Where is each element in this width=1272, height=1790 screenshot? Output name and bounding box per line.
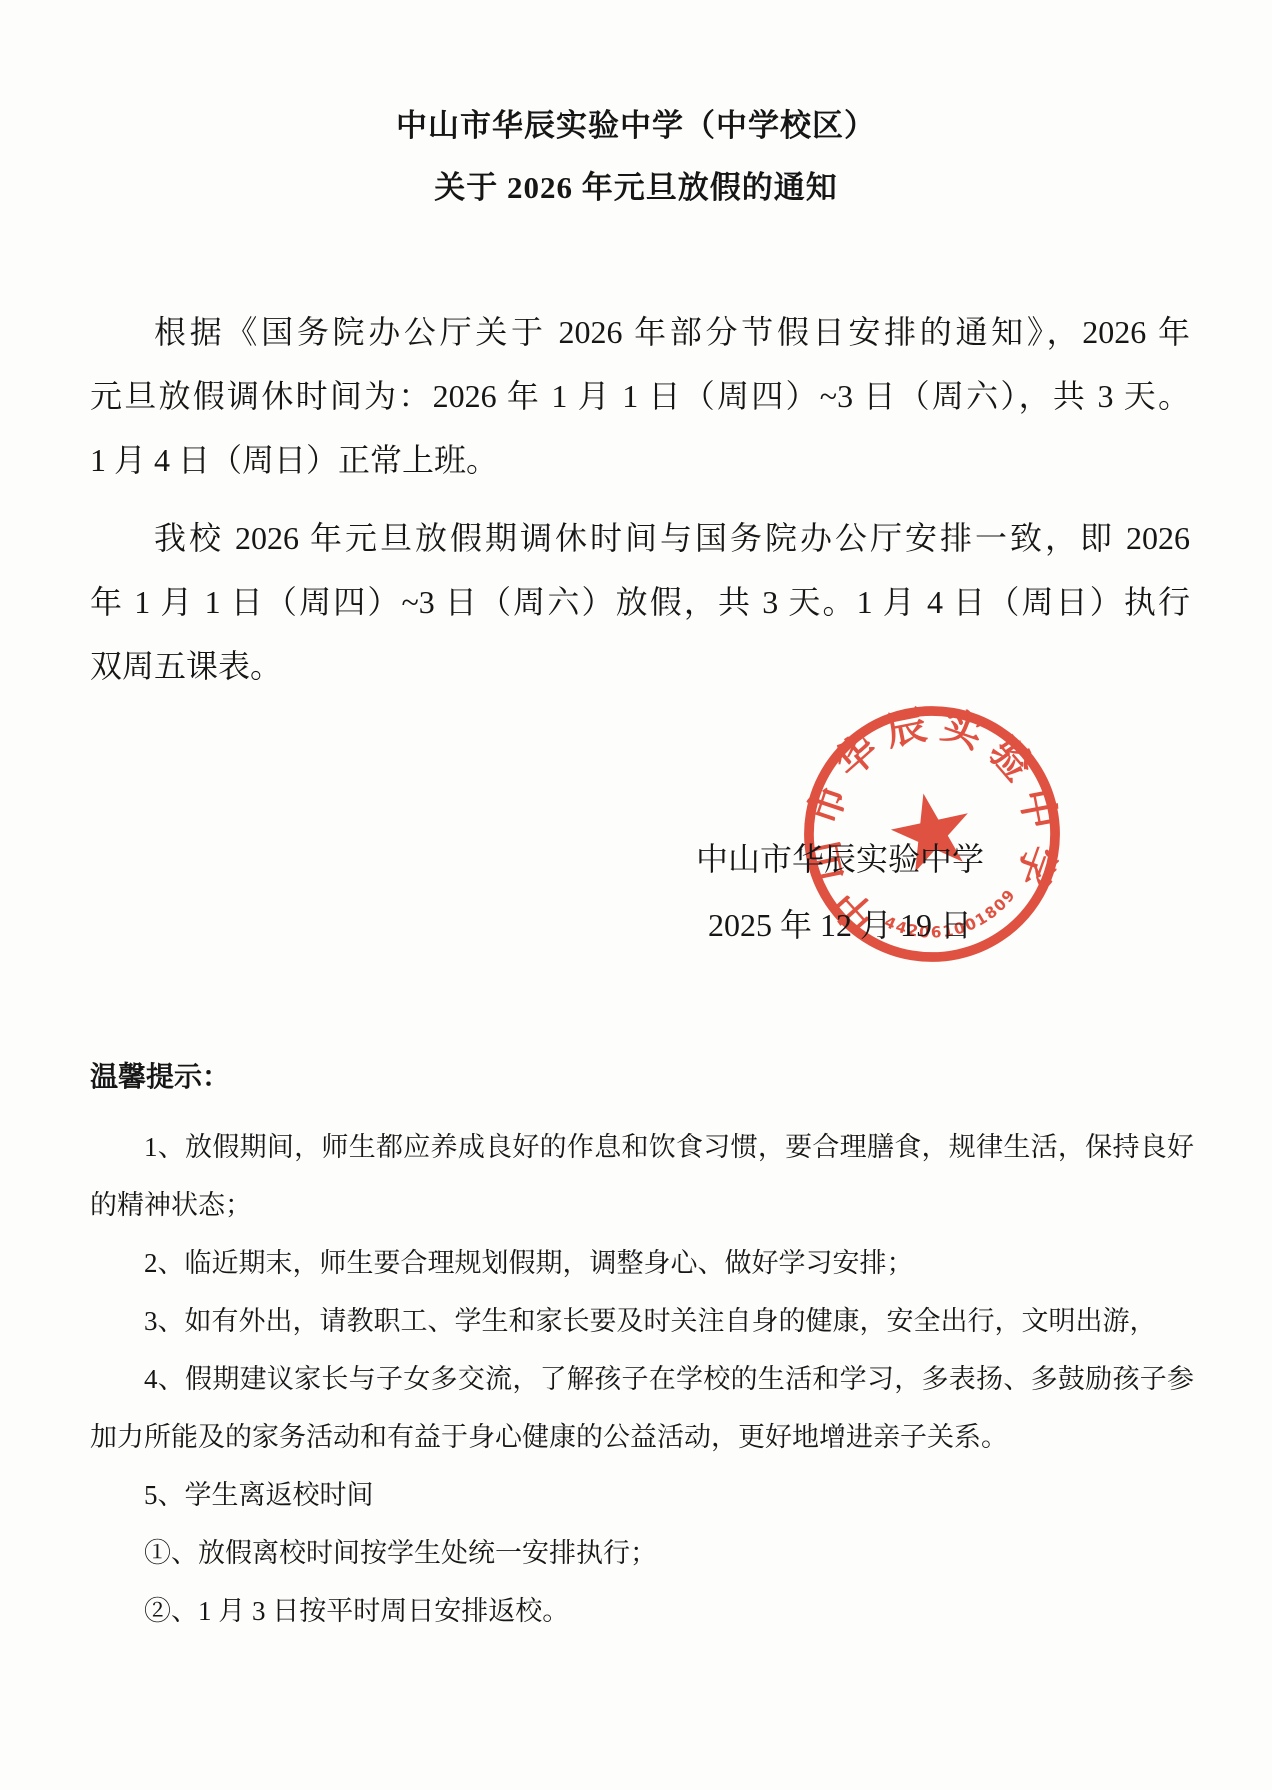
body-line: 双周五课表。	[90, 634, 1190, 698]
tip-line: 3、如有外出，请教职工、学生和家长要及时关注自身的健康，安全出行，文明出游，	[90, 1292, 1194, 1350]
paragraph-2: 我校 2026 年元旦放假期调休时间与国务院办公厅安排一致，即 2026 年 1…	[90, 506, 1190, 698]
tips-heading: 温馨提示：	[90, 1050, 1194, 1106]
tip-item-5: 5、学生离返校时间	[90, 1466, 1194, 1524]
tip-item-3: 3、如有外出，请教职工、学生和家长要及时关注自身的健康，安全出行，文明出游，	[90, 1292, 1194, 1350]
body-line: 元旦放假调休时间为：2026 年 1 月 1 日（周四）~3 日（周六），共 3…	[90, 364, 1190, 428]
tips-section: 温馨提示： 1、放假期间，师生都应养成良好的作息和饮食习惯，要合理膳食，规律生活…	[90, 1050, 1194, 1640]
tip-line: 加力所能及的家务活动和有益于身心健康的公益活动，更好地增进亲子关系。	[90, 1408, 1194, 1466]
tip-line: 的精神状态；	[90, 1176, 1194, 1234]
body-line: 年 1 月 1 日（周四）~3 日（周六）放假，共 3 天。1 月 4 日（周日…	[90, 570, 1190, 634]
tip-line: ②、1 月 3 日按平时周日安排返校。	[90, 1582, 1194, 1640]
body-line: 根据《国务院办公厅关于 2026 年部分节假日安排的通知》，2026 年	[90, 300, 1190, 364]
tip-item-6: ①、放假离校时间按学生处统一安排执行；	[90, 1524, 1194, 1582]
tip-line: 1、放假期间，师生都应养成良好的作息和饮食习惯，要合理膳食，规律生活，保持良好	[90, 1118, 1194, 1176]
tip-line: 4、假期建议家长与子女多交流，了解孩子在学校的生活和学习，多表扬、多鼓励孩子参	[90, 1350, 1194, 1408]
body-line: 我校 2026 年元旦放假期调休时间与国务院办公厅安排一致，即 2026	[90, 506, 1190, 570]
notice-document-page: 中山市华辰实验中学（中学校区） 关于 2026 年元旦放假的通知 根据《国务院办…	[0, 0, 1272, 1790]
tip-item-2: 2、临近期末，师生要合理规划假期，调整身心、做好学习安排；	[90, 1234, 1194, 1292]
body-line: 1 月 4 日（周日）正常上班。	[90, 428, 1190, 492]
tip-item-4: 4、假期建议家长与子女多交流，了解孩子在学校的生活和学习，多表扬、多鼓励孩子参 …	[90, 1350, 1194, 1466]
signature-block: 中山市华辰实验中学 2025 年 12 月 19 日	[620, 826, 1060, 958]
document-title-block: 中山市华辰实验中学（中学校区） 关于 2026 年元旦放假的通知	[0, 104, 1272, 210]
school-name-title: 中山市华辰实验中学（中学校区）	[0, 104, 1272, 148]
signature-org: 中山市华辰实验中学	[620, 826, 1060, 892]
tip-item-7: ②、1 月 3 日按平时周日安排返校。	[90, 1582, 1194, 1640]
tip-line: 5、学生离返校时间	[90, 1466, 1194, 1524]
tip-line: ①、放假离校时间按学生处统一安排执行；	[90, 1524, 1194, 1582]
paragraph-1: 根据《国务院办公厅关于 2026 年部分节假日安排的通知》，2026 年 元旦放…	[90, 300, 1190, 492]
tip-item-1: 1、放假期间，师生都应养成良好的作息和饮食习惯，要合理膳食，规律生活，保持良好 …	[90, 1118, 1194, 1234]
notice-body: 根据《国务院办公厅关于 2026 年部分节假日安排的通知》，2026 年 元旦放…	[90, 300, 1190, 712]
notice-title: 关于 2026 年元旦放假的通知	[0, 166, 1272, 210]
tip-line: 2、临近期末，师生要合理规划假期，调整身心、做好学习安排；	[90, 1234, 1194, 1292]
signature-date: 2025 年 12 月 19 日	[620, 892, 1060, 958]
